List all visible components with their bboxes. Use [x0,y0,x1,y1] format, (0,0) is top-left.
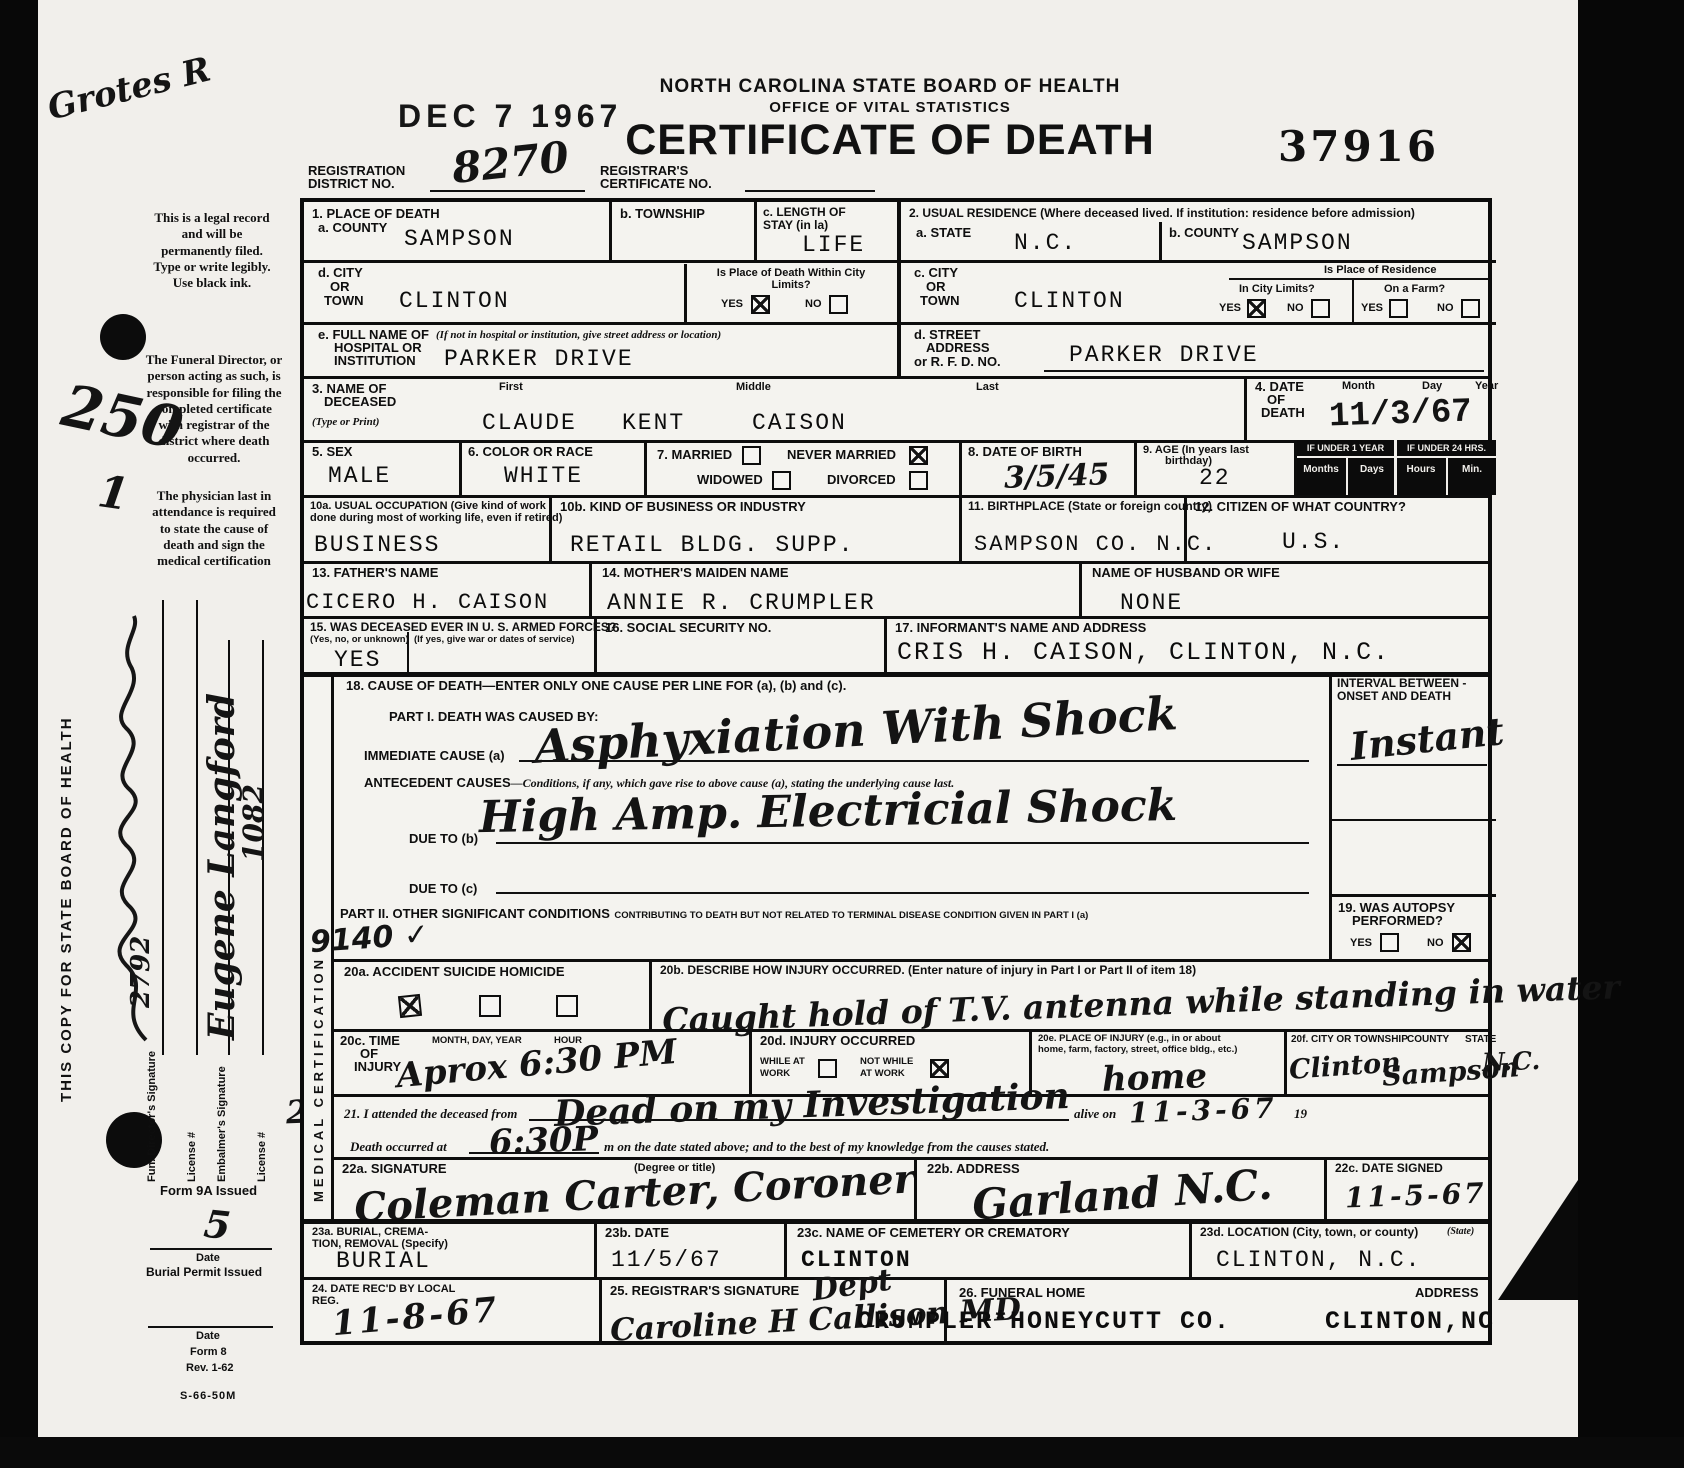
citizen-cell: 12. CITIZEN OF WHAT COUNTRY? U.S. [1184,495,1496,561]
immediate-cause-label: IMMEDIATE CAUSE (a) [364,749,505,763]
never-married-label: NEVER MARRIED [787,448,896,462]
cause-label2: —ENTER ONLY ONE CAUSE PER LINE FOR (a), … [482,678,846,693]
date-of-death-value: 11/3/67 [1328,396,1472,435]
row-divider [304,260,899,263]
while-at-work-label: WHILE AT [760,1057,805,1068]
form-8-label: Form 8 [190,1346,227,1358]
color-race-cell: 6. COLOR OR RACE WHITE [459,440,644,495]
autopsy-cell: 19. WAS AUTOPSY PERFORMED? YES NO [1329,894,1496,959]
middle-name-value: KENT [622,412,685,435]
injury-city-cell: 20f. CITY OR TOWNSHIP COUNTY STATE Clint… [1284,1029,1496,1094]
embalmer-signature-value: Eugene Langford [204,600,240,1040]
married-checkbox[interactable] [742,446,761,465]
accident-checkbox[interactable] [398,994,422,1018]
under-1-year-header: IF UNDER 1 YEAR [1297,443,1394,453]
due-to-c-line [496,892,1309,894]
armed-forces-sub2: (If yes, give war or dates of service) [414,635,575,646]
if-under-1-year-cell: IF UNDER 1 YEAR Months Days [1294,440,1394,495]
ssn-cell: 16. SOCIAL SECURITY NO. [594,616,884,672]
residence-city-label3: TOWN [920,294,959,308]
name-of-deceased-label2: DECEASED [324,395,396,409]
death-occurred-label2: m on the date stated above; and to the b… [604,1140,1049,1154]
marital-status-cell: 7. MARRIED NEVER MARRIED WIDOWED DIVORCE… [644,440,959,495]
county-value: SAMPSON [404,228,515,251]
on-farm-no-checkbox[interactable] [1461,299,1480,318]
date-signed-value: 11-5-67 [1345,1180,1488,1213]
date-of-birth-value: 3/5/45 [1004,460,1110,494]
occupation-label2: done during most of working life, even i… [310,512,562,524]
not-while-at-work-label: NOT WHILE [860,1057,913,1068]
death-in-city-yes-checkbox[interactable] [751,295,770,314]
residence-state-value: N.C. [1014,232,1077,255]
row-divider [304,322,899,325]
age-value: 22 [1199,467,1231,490]
interval-line [1337,764,1487,766]
informant-label: 17. INFORMANT'S NAME AND ADDRESS [895,621,1146,635]
divorced-label: DIVORCED [827,473,896,487]
injury-occurred-label: 20d. INJURY OCCURRED [760,1034,915,1048]
license-label: License # [186,1032,198,1182]
township-label: b. TOWNSHIP [620,207,705,221]
cell-divider [407,632,409,672]
certificate-form: 1. PLACE OF DEATH a. COUNTY SAMPSON b. T… [300,198,1492,1345]
under-24hrs-header: IF UNDER 24 HRS. [1397,443,1496,453]
ssn-label: 16. SOCIAL SECURITY NO. [605,621,771,635]
homicide-checkbox[interactable] [556,995,578,1017]
married-label: 7. MARRIED [657,448,732,462]
place-of-injury-label2: home, farm, factory, street, office bldg… [1038,1045,1237,1056]
informant-cell: 17. INFORMANT'S NAME AND ADDRESS CRIS H.… [884,616,1496,672]
signer-address-cell: 22b. ADDRESS Garland N.C. [914,1157,1324,1219]
birthplace-value: SAMPSON CO. N.C. [974,534,1217,556]
residence-limits-title: Is Place of Residence [1324,264,1437,276]
funeral-home-cell: 26. FUNERAL HOME ADDRESS CRUMPLER*HONEYC… [944,1277,1496,1345]
year-header: Year [1475,380,1498,392]
alive-on-label: alive on [1074,1107,1116,1121]
cemetery-location-label: 23d. LOCATION (City, town, or county) [1200,1226,1418,1239]
date-of-birth-label: 8. DATE OF BIRTH [968,445,1082,459]
hospital-value: PARKER DRIVE [444,348,634,371]
limits-label: Is Place of Death Within City [691,267,891,279]
immediate-cause-value: Asphyxiation With Shock [533,690,1178,770]
spouse-cell: NAME OF HUSBAND OR WIFE NONE [1079,561,1496,616]
burial-permit-issued-label: Burial Permit Issued [146,1266,262,1279]
limits-underline [1229,278,1489,280]
months-header: Months [1297,464,1345,475]
part2-label-line: PART II. OTHER SIGNIFICANT CONDITIONS CO… [340,905,1088,923]
scan-fold-triangle [1498,1180,1578,1300]
time-of-injury-label3: INJURY [354,1060,401,1074]
residence-in-city-no-checkbox[interactable] [1311,299,1330,318]
attended-value: Dead on my Investigation [554,1078,1071,1132]
sex-value: MALE [328,465,391,488]
margin-handwritten-note: Grotes R [44,52,213,125]
describe-injury-label: 20b. DESCRIBE HOW INJURY OCCURRED. (Ente… [660,964,1196,977]
yes-label: YES [1219,302,1241,314]
yes-label: YES [721,298,743,310]
scanned-death-certificate: Grotes R DEC 7 1967 NORTH CAROLINA STATE… [0,0,1684,1468]
scan-edge-bottom [0,1437,1684,1468]
injury-county-label: COUNTY [1407,1034,1449,1046]
cemetery-location-value: CLINTON, N.C. [1216,1249,1421,1272]
death-city-limits-group: Is Place of Death Within City Limits? YE… [684,264,902,322]
legal-record-note: This is a legal record and will be perma… [148,210,276,291]
color-race-value: WHITE [504,465,583,488]
license-number-1: 2792 [128,888,154,1008]
not-while-at-work-checkbox[interactable] [930,1059,949,1078]
limits-label2: Limits? [691,279,891,291]
cemetery-label: 23c. NAME OF CEMETERY OR CREMATORY [797,1226,1070,1240]
no-label: NO [1437,302,1454,314]
street-address-value: PARKER DRIVE [1069,344,1259,367]
signature-label: 22a. SIGNATURE [342,1162,447,1176]
burial-date-label: 23b. DATE [605,1226,669,1240]
citizen-value: U.S. [1282,531,1345,554]
burial-date-cell: 23b. DATE 11/5/67 [594,1219,784,1277]
print-code: S-66-50M [180,1390,236,1402]
last-name-header: Last [976,381,999,393]
mother-name-label: 14. MOTHER'S MAIDEN NAME [602,566,789,580]
date-rule [150,1248,272,1250]
age-cell: 9. AGE (In years last birthday) 22 [1134,440,1294,495]
funeral-home-address-value: CLINTON,NC [1325,1309,1495,1334]
alive-on-date: 11-3-67 [1129,1094,1279,1127]
signature-rule [196,600,198,1055]
length-of-stay-label2: STAY (in la) [763,219,828,232]
day-header: Day [1422,380,1442,392]
injury-city-label: 20f. CITY OR TOWNSHIP [1291,1034,1408,1046]
days-header: Days [1348,464,1396,475]
due-to-c-label: DUE TO (c) [409,882,477,896]
armed-forces-sub1: (Yes, no, or unknown) [310,635,409,646]
no-label: NO [1427,937,1444,949]
office-name: OFFICE OF VITAL STATISTICS [590,99,1190,116]
interval-column: INTERVAL BETWEEN - ONSET AND DEATH Insta… [1329,672,1496,894]
embalmer-signature-label: Embalmer's Signature [216,1032,228,1182]
part2-value: 9140 ✓ [309,920,430,958]
autopsy-yes-checkbox[interactable] [1380,933,1399,952]
fun-director-signature-label: Fun. Director's Signature [146,1032,158,1182]
spouse-label: NAME OF HUSBAND OR WIFE [1092,566,1280,580]
year-prefix: 19 [1294,1107,1307,1121]
residence-city-value: CLINTON [1014,290,1125,313]
attended-label: 21. I attended the deceased from [344,1107,517,1121]
registrar-signature-label: 25. REGISTRAR'S SIGNATURE [610,1284,799,1298]
first-name-value: CLAUDE [482,412,577,435]
if-under-24hrs-cell: IF UNDER 24 HRS. Hours Min. [1394,440,1496,495]
residence-county-label: b. COUNTY [1169,226,1239,240]
cell-divider [1159,222,1162,260]
mother-name-cell: 14. MOTHER'S MAIDEN NAME ANNIE R. CRUMPL… [589,561,1079,616]
father-name-value: CICERO H. CAISON [306,592,549,614]
date-signed-label: 22c. DATE SIGNED [1335,1162,1443,1175]
occupation-label: 10a. USUAL OCCUPATION (Give kind of work [310,500,546,512]
length-of-stay-cell: c. LENGTH OF STAY (in la) LIFE [754,202,899,260]
residence-limits-group: Is Place of Residence In City Limits? YE… [1209,262,1496,322]
registrars-certificate-line [745,190,875,192]
hours-header: Hours [1397,464,1445,475]
burial-value: BURIAL [336,1250,431,1273]
margin-handwritten-1: 1 [95,470,131,518]
burial-date-value: 11/5/67 [611,1249,722,1272]
citizen-label: 12. CITIZEN OF WHAT COUNTRY? [1195,500,1406,514]
date-label: Date [196,1330,220,1342]
registration-district-value: 8270 [450,136,571,190]
due-to-b-value: High Amp. Electricial Shock [479,784,1178,840]
in-city-limits-label: In City Limits? [1239,283,1315,295]
last-name-value: CAISON [752,412,847,435]
widowed-label: WIDOWED [697,473,763,487]
punch-hole [100,314,146,360]
on-farm-label: On a Farm? [1384,283,1445,295]
birthplace-label: 11. BIRTHPLACE (State or foreign country… [968,500,1212,513]
on-farm-yes-checkbox[interactable] [1389,299,1408,318]
state-note: (State) [1447,1226,1474,1237]
board-name: NORTH CAROLINA STATE BOARD OF HEALTH [590,76,1190,98]
street-underline [1044,370,1484,372]
min-header: Min. [1448,464,1496,475]
due-to-b-label: DUE TO (b) [409,832,478,846]
signer-address-label: 22b. ADDRESS [927,1162,1020,1176]
informant-value: CRIS H. CAISON, CLINTON, N.C. [897,640,1390,665]
no-label: NO [1287,302,1304,314]
widowed-checkbox[interactable] [772,471,791,490]
middle-name-header: Middle [736,381,771,393]
injury-state-label: STATE [1465,1034,1496,1046]
suicide-checkbox[interactable] [479,995,501,1017]
date-received-label: 24. DATE REC'D BY LOCAL [312,1283,455,1295]
funeral-home-address-label: ADDRESS [1415,1286,1479,1300]
township-cell: b. TOWNSHIP [609,202,754,260]
yes-label: YES [1361,302,1383,314]
residence-county-value: SAMPSON [1242,232,1353,255]
mother-name-value: ANNIE R. CRUMPLER [607,592,876,615]
date-of-birth-cell: 8. DATE OF BIRTH 3/5/45 [959,440,1134,495]
cause-label: 18. CAUSE OF DEATH [346,678,482,693]
burial-label: 23a. BURIAL, CREMA- [312,1226,428,1238]
death-time-value: 6:30P [488,1122,598,1160]
form-9a-issued-label: Form 9A Issued [160,1184,257,1198]
date-of-death-cell: 4. DATE OF DEATH Month Day Year 11/3/67 [1244,376,1496,440]
birthplace-cell: 11. BIRTHPLACE (State or foreign country… [959,495,1184,561]
spouse-value: NONE [1120,592,1183,615]
death-time-line [469,1152,599,1154]
date-signed-cell: 22c. DATE SIGNED 11-5-67 [1324,1157,1496,1219]
death-occurred-label: Death occurred at [350,1140,447,1154]
city-of-death-value: CLINTON [399,290,510,313]
cause-of-death-header: 18. CAUSE OF DEATH—ENTER ONLY ONE CAUSE … [346,679,846,693]
funeral-home-value: CRUMPLER*HONEYCUTT CO. [857,1309,1231,1334]
funeral-home-label: 26. FUNERAL HOME [959,1286,1085,1300]
yes-label: YES [1350,937,1372,949]
place-of-injury-value: home [1101,1059,1207,1097]
first-name-header: First [499,381,523,393]
row-divider [899,322,1496,325]
armed-forces-label: 15. WAS DECEASED EVER IN U. S. ARMED FOR… [310,621,616,634]
state-label: a. STATE [916,226,971,240]
occupation-value: BUSINESS [314,534,440,557]
not-while-at-work-label2: AT WORK [860,1069,905,1080]
antecedent-label: ANTECEDENT CAUSES [364,775,511,790]
color-race-label: 6. COLOR OR RACE [468,445,593,459]
interval-divider [1332,819,1496,821]
margin-handwritten-5: 5 [202,1205,232,1246]
while-at-work-checkbox[interactable] [818,1059,837,1078]
due-to-b-line [496,842,1309,844]
interval-value: Instant [1348,712,1505,766]
type-or-print-note: (Type or Print) [312,416,379,428]
never-married-checkbox[interactable] [909,446,928,465]
cemetery-location-cell: 23d. LOCATION (City, town, or county) (S… [1189,1219,1496,1277]
usual-residence-title: 2. USUAL RESIDENCE (Where deceased lived… [909,207,1415,220]
month-day-year-header: MONTH, DAY, YEAR [432,1036,522,1047]
scan-edge-left [0,0,38,1468]
district-no-line [430,190,585,192]
city-or-town-label3: TOWN [324,294,363,308]
county-label: a. COUNTY [318,221,387,235]
date-rule [148,1326,273,1328]
interval-label2: ONSET AND DEATH [1337,690,1451,703]
armed-forces-value: YES [334,649,381,672]
business-industry-cell: 10b. KIND OF BUSINESS OR INDUSTRY RETAIL… [549,495,959,561]
describe-injury-value: Caught hold of T.V. antenna while standi… [662,970,1621,1036]
part2-label: PART II. OTHER SIGNIFICANT CONDITIONS [340,906,610,921]
business-industry-value: RETAIL BLDG. SUPP. [570,534,854,557]
date-received-value: 11-8-67 [331,1293,501,1341]
father-name-label: 13. FATHER'S NAME [312,566,438,580]
part2-note: CONTRIBUTING TO DEATH BUT NOT RELATED TO… [614,910,1088,921]
license-number-2: 1082 [240,752,268,862]
divorced-checkbox[interactable] [909,471,928,490]
signature-rule [162,600,164,1055]
certificate-number: 37916 [1278,122,1439,171]
month-header: Month [1342,380,1375,392]
scan-edge-right [1578,0,1684,1468]
residence-in-city-yes-checkbox[interactable] [1247,299,1266,318]
certificate-title: CERTIFICATE OF DEATH [560,116,1220,165]
sex-label: 5. SEX [312,445,352,459]
hospital-label3: INSTITUTION [334,354,416,368]
date-label: Date [196,1252,220,1264]
row-cause [304,672,1488,677]
license-label: License # [256,1032,268,1182]
revision-label: Rev. 1-62 [186,1362,234,1374]
autopsy-label2: PERFORMED? [1352,914,1443,928]
injury-state-value: N.C. [1482,1048,1541,1075]
attended-line [529,1119,1069,1121]
describe-injury-cell: 20b. DESCRIBE HOW INJURY OCCURRED. (Ente… [649,959,1329,1029]
business-industry-label: 10b. KIND OF BUSINESS OR INDUSTRY [560,500,806,514]
death-in-city-no-checkbox[interactable] [829,295,848,314]
length-of-stay-value: LIFE [802,234,865,257]
accident-suicide-homicide-label: 20a. ACCIDENT SUICIDE HOMICIDE [344,965,565,979]
cell-divider [1352,280,1354,322]
street-address-label3: or R. F. D. NO. [914,355,1001,369]
while-at-work-label2: WORK [760,1069,790,1080]
copy-for-state-board-text: THIS COPY FOR STATE BOARD OF HEALTH [58,562,75,1102]
physician-note: The physician last in attendance is requ… [146,488,282,569]
date-of-death-label3: DEATH [1261,406,1305,420]
hospital-note: (If not in hospital or institution, give… [436,329,721,341]
no-label: NO [805,298,822,310]
autopsy-no-checkbox[interactable] [1452,933,1471,952]
